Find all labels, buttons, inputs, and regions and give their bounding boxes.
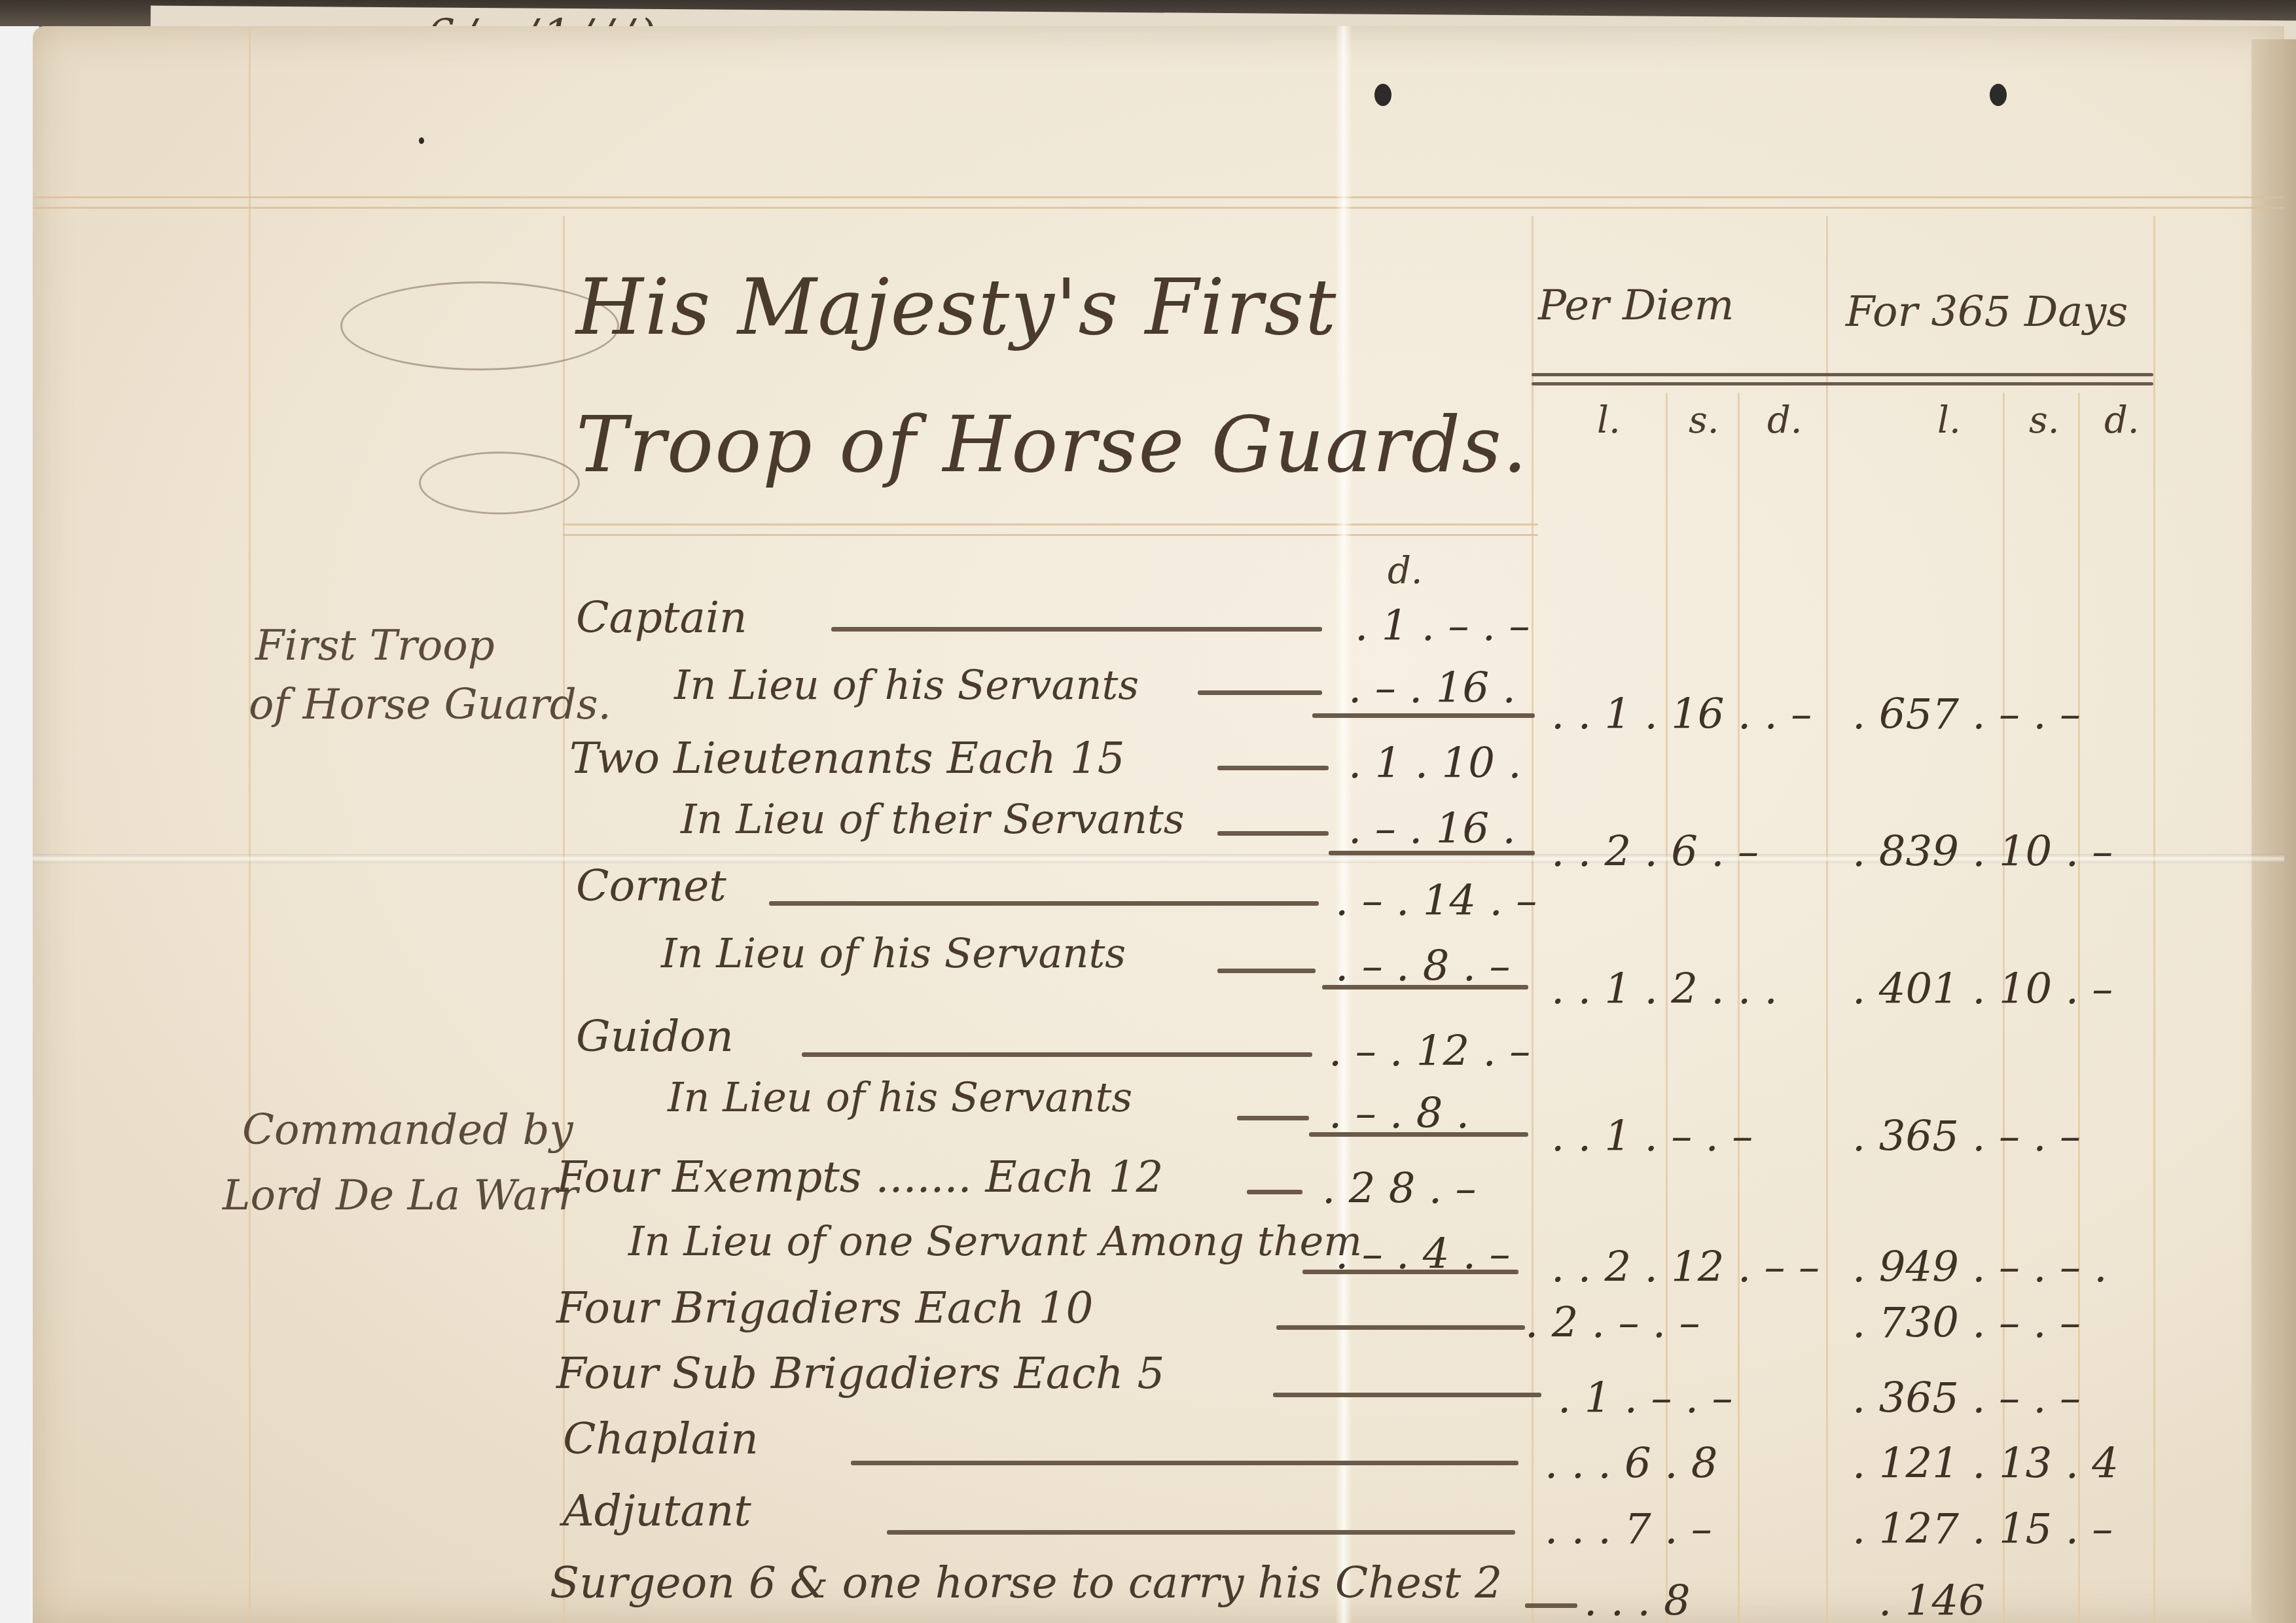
- row-annual: . 121 . 13 . 4: [1852, 1440, 2119, 1488]
- row-leader: [1525, 1603, 1577, 1608]
- row-label: In Lieu of one Servant Among them: [628, 1217, 1362, 1265]
- row-item-rate: . – . 14 . –: [1335, 877, 1537, 925]
- row-label: Two Lieutenants Each 15: [569, 733, 1125, 783]
- annual-pence-unit: d.: [2104, 399, 2140, 442]
- side-note-commanded-by: Commanded by: [242, 1106, 573, 1154]
- column-header-rule-2: [1532, 382, 2153, 385]
- top-rule-2: [33, 207, 2284, 209]
- document-title-line2: Troop of Horse Guards.: [576, 399, 1528, 490]
- subtotal-rule: [1329, 851, 1535, 855]
- annual-header: For 365 Days: [1846, 288, 2128, 336]
- row-per-diem: . . 1 . 2 . . .: [1551, 965, 1778, 1014]
- row-item-rate: . – . 16 .: [1348, 664, 1516, 713]
- margin-rule: [249, 26, 251, 1623]
- row-label: Chaplain: [563, 1414, 759, 1464]
- row-annual: . 365 . – . –: [1852, 1374, 2081, 1423]
- title-underline: [563, 524, 1538, 526]
- ink-spot: [1990, 84, 2007, 106]
- row-label: Surgeon 6 & one horse to carry his Chest…: [550, 1558, 1502, 1608]
- row-leader: [851, 1461, 1518, 1465]
- row-per-diem: . 2 . – . –: [1525, 1299, 1700, 1347]
- side-note-commander: Lord De La Warr: [223, 1171, 578, 1220]
- row-annual: . 657 . – . –: [1852, 690, 2081, 739]
- row-annual: . 146: [1878, 1577, 1985, 1623]
- row-per-diem: . . . 8: [1584, 1577, 1691, 1623]
- row-leader: [1198, 690, 1322, 695]
- row-annual: . 365 . – . –: [1852, 1113, 2081, 1161]
- row-per-diem: . 1 . – . –: [1558, 1374, 1732, 1423]
- top-rule: [33, 196, 2284, 198]
- row-item-rate: . – . 12 . –: [1329, 1027, 1530, 1076]
- annual-pounds-unit: l.: [1937, 399, 1961, 442]
- row-leader: [769, 901, 1319, 906]
- row-annual: . 949 . – . – .: [1852, 1243, 2108, 1292]
- row-leader: [1217, 969, 1316, 973]
- row-leader: [1217, 766, 1329, 770]
- annual-shillings-unit: s.: [2029, 399, 2060, 442]
- row-leader: [1273, 1393, 1541, 1397]
- row-leader: [802, 1052, 1312, 1057]
- row-per-diem: . . 2 . 6 . –: [1551, 828, 1759, 876]
- item-rate-unit: d.: [1388, 550, 1423, 592]
- row-label: Adjutant: [563, 1486, 751, 1536]
- ink-spot: [419, 137, 424, 144]
- page-edge: [2251, 39, 2296, 1623]
- right-margin-rule: [2153, 216, 2155, 1623]
- row-label: In Lieu of his Servants: [668, 1073, 1132, 1121]
- per-diem-shillings-unit: s.: [1689, 399, 1719, 442]
- row-leader: [1237, 1116, 1309, 1120]
- flourish-swash: [419, 452, 580, 514]
- row-label: In Lieu of their Servants: [681, 795, 1185, 843]
- row-leader: [1276, 1325, 1525, 1330]
- row-annual: . 730 . – . –: [1852, 1299, 2081, 1347]
- subtotal-rule: [1309, 1132, 1528, 1137]
- row-leader: [831, 627, 1322, 632]
- row-label: Four Exempts ....... Each 12: [556, 1152, 1163, 1202]
- row-item-rate: . – . 8 . –: [1335, 942, 1510, 991]
- row-label: Cornet: [576, 861, 726, 911]
- row-per-diem: . . . 7 . –: [1545, 1505, 1712, 1554]
- per-diem-divider: [1826, 216, 1828, 1623]
- title-underline-2: [563, 534, 1538, 536]
- row-leader: [887, 1530, 1515, 1535]
- row-per-diem: . . 2 . 12 . – –: [1551, 1243, 1820, 1292]
- row-leader: [1217, 831, 1329, 836]
- row-item-rate: . – . 16 .: [1348, 805, 1516, 853]
- side-note-horse-guards: of Horse Guards.: [249, 681, 611, 729]
- per-diem-header: Per Diem: [1538, 281, 1734, 330]
- row-annual: . 401 . 10 . –: [1852, 965, 2113, 1014]
- document-title-line1: His Majesty's First: [576, 262, 1337, 352]
- row-label: Four Sub Brigadiers Each 5: [556, 1348, 1164, 1399]
- ink-spot: [1374, 84, 1391, 106]
- row-label: In Lieu of his Servants: [661, 929, 1126, 977]
- per-diem-pounds-unit: l.: [1597, 399, 1621, 442]
- row-item-rate: . 1 . 10 .: [1348, 740, 1522, 788]
- row-label: Captain: [576, 592, 747, 643]
- row-annual: . 127 . 15 . –: [1852, 1505, 2113, 1554]
- row-per-diem: . . 1 . 16 . . –: [1551, 690, 1812, 739]
- row-annual: . 839 . 10 . –: [1852, 828, 2113, 876]
- subtotal-rule: [1302, 1270, 1518, 1274]
- row-item-rate: . 1 . – . –: [1355, 602, 1530, 651]
- side-note-first-troop: First Troop: [255, 622, 495, 670]
- row-item-rate: . – . 8 .: [1329, 1090, 1469, 1138]
- text-column-rule: [563, 216, 565, 1623]
- column-header-rule: [1532, 373, 2153, 376]
- row-leader: [1247, 1190, 1302, 1194]
- row-per-diem: . . 1 . – . –: [1551, 1113, 1753, 1161]
- subtotal-rule: [1312, 713, 1535, 718]
- per-diem-pence-unit: d.: [1767, 399, 1803, 442]
- row-item-rate: . 2 8 . –: [1322, 1165, 1477, 1213]
- row-label: Guidon: [576, 1011, 734, 1061]
- subtotal-rule: [1322, 985, 1528, 990]
- row-label: In Lieu of his Servants: [674, 661, 1139, 709]
- row-label: Four Brigadiers Each 10: [556, 1283, 1094, 1333]
- row-per-diem: . . . 6 . 8: [1545, 1440, 1718, 1488]
